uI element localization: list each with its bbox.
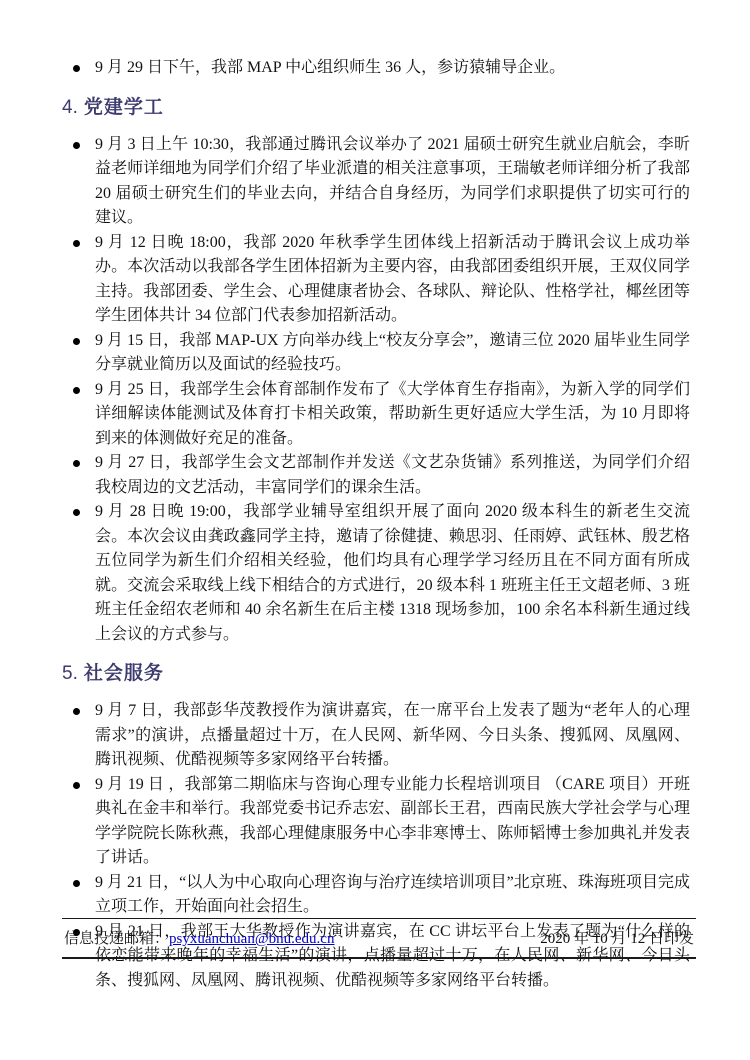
section-title: 社会服务 [84,663,164,684]
bullet-item: 9 月 7 日，我部彭华茂教授作为演讲嘉宾，在一席平台上发表了题为“老年人的心理… [62,699,690,773]
section4-bullet-list: 9 月 3 日上午 10:30，我部通过腾讯会议举办了 2021 届硕士研究生就… [62,133,690,648]
bullet-icon [73,142,80,149]
bullet-text: 9 月 28 日晚 19:00，我部学业辅导室组织开展了面向 2020 级本科生… [95,503,690,643]
bullet-icon [73,65,80,72]
contact-label: 信息投递邮箱： [64,931,169,947]
bullet-icon [73,880,80,887]
issue-date: 2020 年 10 月 12 日印发 [540,927,694,948]
bullet-text: 9 月 21 日，“以人为中心取向心理咨询与治疗连续培训项目”北京班、珠海班项目… [95,874,690,916]
bullet-item: 9 月 27 日，我部学生会文艺部制作并发送《文艺杂货铺》系列推送，为同学们介绍… [62,451,690,500]
bullet-item: 9 月 3 日上午 10:30，我部通过腾讯会议举办了 2021 届硕士研究生就… [62,133,690,231]
bullet-text: 9 月 15 日，我部 MAP-UX 方向举办线上“校友分享会”，邀请三位 20… [95,332,690,374]
bullet-item: 9 月 15 日，我部 MAP-UX 方向举办线上“校友分享会”，邀请三位 20… [62,329,690,378]
bullet-icon [73,387,80,394]
section-number: 4. [62,97,78,118]
email-link[interactable]: psyxuanchuan@bnu.edu.cn [169,931,334,947]
bullet-text: 9 月 25 日，我部学生会体育部制作发布了《大学体育生存指南》，为新入学的同学… [95,381,690,447]
section-heading-4: 4.党建学工 [62,96,690,120]
bullet-text: 9 月 7 日，我部彭华茂教授作为演讲嘉宾，在一席平台上发表了题为“老年人的心理… [95,702,690,768]
section-heading-5: 5.社会服务 [62,662,690,686]
bullet-item: 9 月 28 日晚 19:00，我部学业辅导室组织开展了面向 2020 级本科生… [62,500,690,647]
bullet-text: 9 月 19 日 ，我部第二期临床与咨询心理专业能力长程培训项目 （CARE 项… [95,776,690,867]
bullet-icon [73,708,80,715]
bullet-text: 9 月 29 日下午，我部 MAP 中心组织师生 36 人，参访猿辅导企业。 [95,59,565,76]
bullet-icon [73,460,80,467]
bullet-item: 9 月 25 日，我部学生会体育部制作发布了《大学体育生存指南》，为新入学的同学… [62,378,690,452]
bullet-icon [73,338,80,345]
section-number: 5. [62,663,78,684]
bullet-item: 9 月 19 日 ，我部第二期临床与咨询心理专业能力长程培训项目 （CARE 项… [62,773,690,871]
contact-info: 信息投递邮箱：psyxuanchuan@bnu.edu.cn [64,927,334,948]
bullet-item: 9 月 21 日，“以人为中心取向心理咨询与治疗连续培训项目”北京班、珠海班项目… [62,871,690,920]
intro-bullet-list: 9 月 29 日下午，我部 MAP 中心组织师生 36 人，参访猿辅导企业。 [62,56,690,81]
section-title: 党建学工 [84,97,164,118]
bullet-item: 9 月 29 日下午，我部 MAP 中心组织师生 36 人，参访猿辅导企业。 [62,56,690,81]
bullet-text: 9 月 12 日晚 18:00，我部 2020 年秋季学生团体线上招新活动于腾讯… [95,234,690,325]
newsletter-page: 9 月 29 日下午，我部 MAP 中心组织师生 36 人，参访猿辅导企业。 4… [0,0,750,1060]
bullet-item: 9 月 12 日晚 18:00，我部 2020 年秋季学生团体线上招新活动于腾讯… [62,231,690,329]
page-footer: 信息投递邮箱：psyxuanchuan@bnu.edu.cn 2020 年 10… [62,918,696,959]
document-body: 9 月 29 日下午，我部 MAP 中心组织师生 36 人，参访猿辅导企业。 4… [62,56,690,993]
bullet-icon [73,509,80,516]
bullet-icon [73,240,80,247]
bullet-icon [73,782,80,789]
bullet-text: 9 月 3 日上午 10:30，我部通过腾讯会议举办了 2021 届硕士研究生就… [95,136,690,227]
bullet-text: 9 月 27 日，我部学生会文艺部制作并发送《文艺杂货铺》系列推送，为同学们介绍… [95,454,690,496]
